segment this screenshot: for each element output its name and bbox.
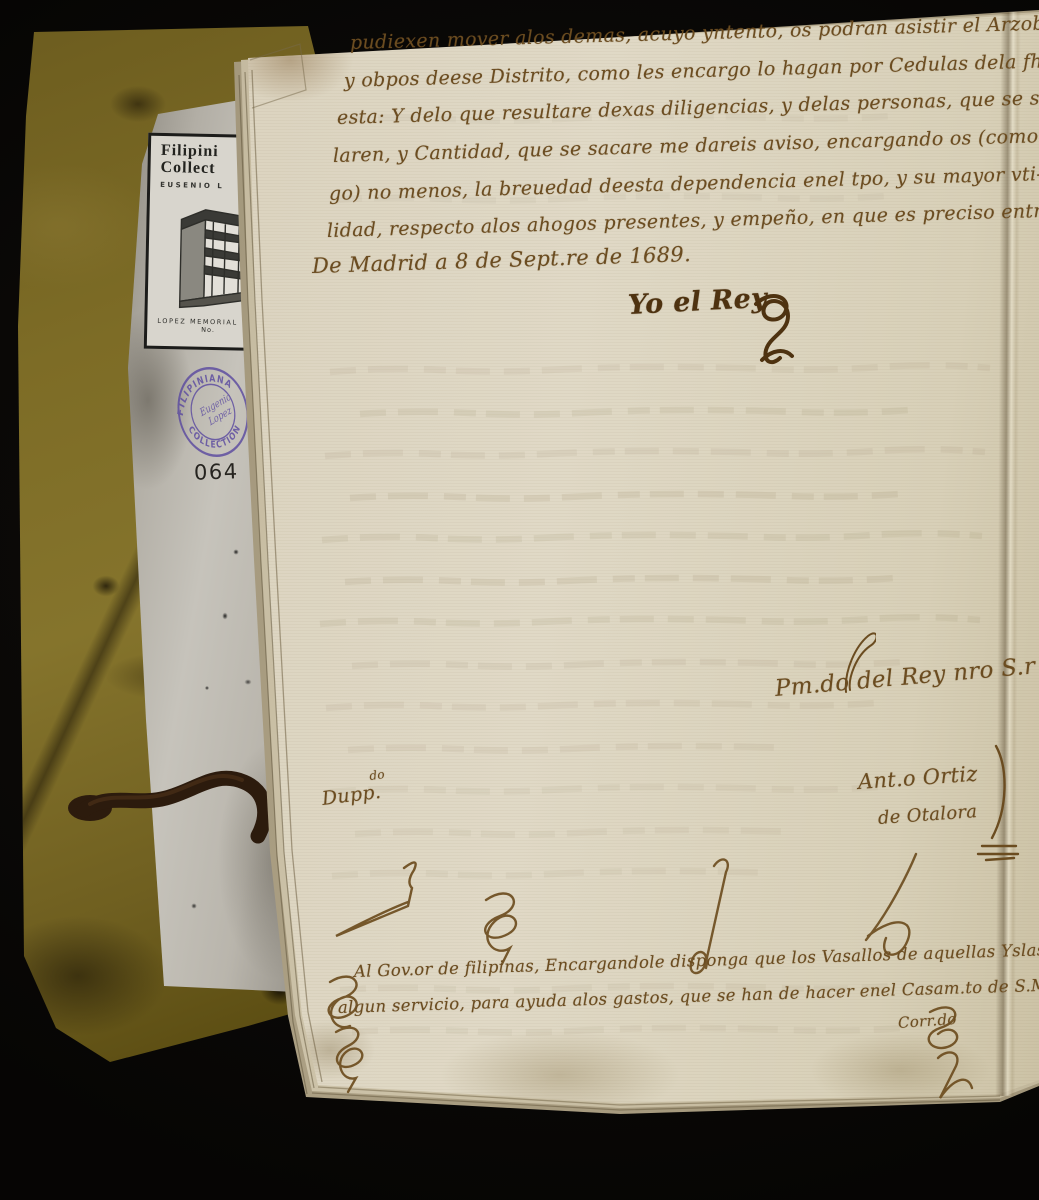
photo-stage: Filipini Collect EUSENIO L LOPEZ MEMORIA…: [0, 0, 1039, 1200]
royal-signature-rubric: [742, 282, 806, 372]
secretary-rubric: [968, 742, 1032, 872]
duplicate-note-superscript: do: [369, 767, 386, 783]
